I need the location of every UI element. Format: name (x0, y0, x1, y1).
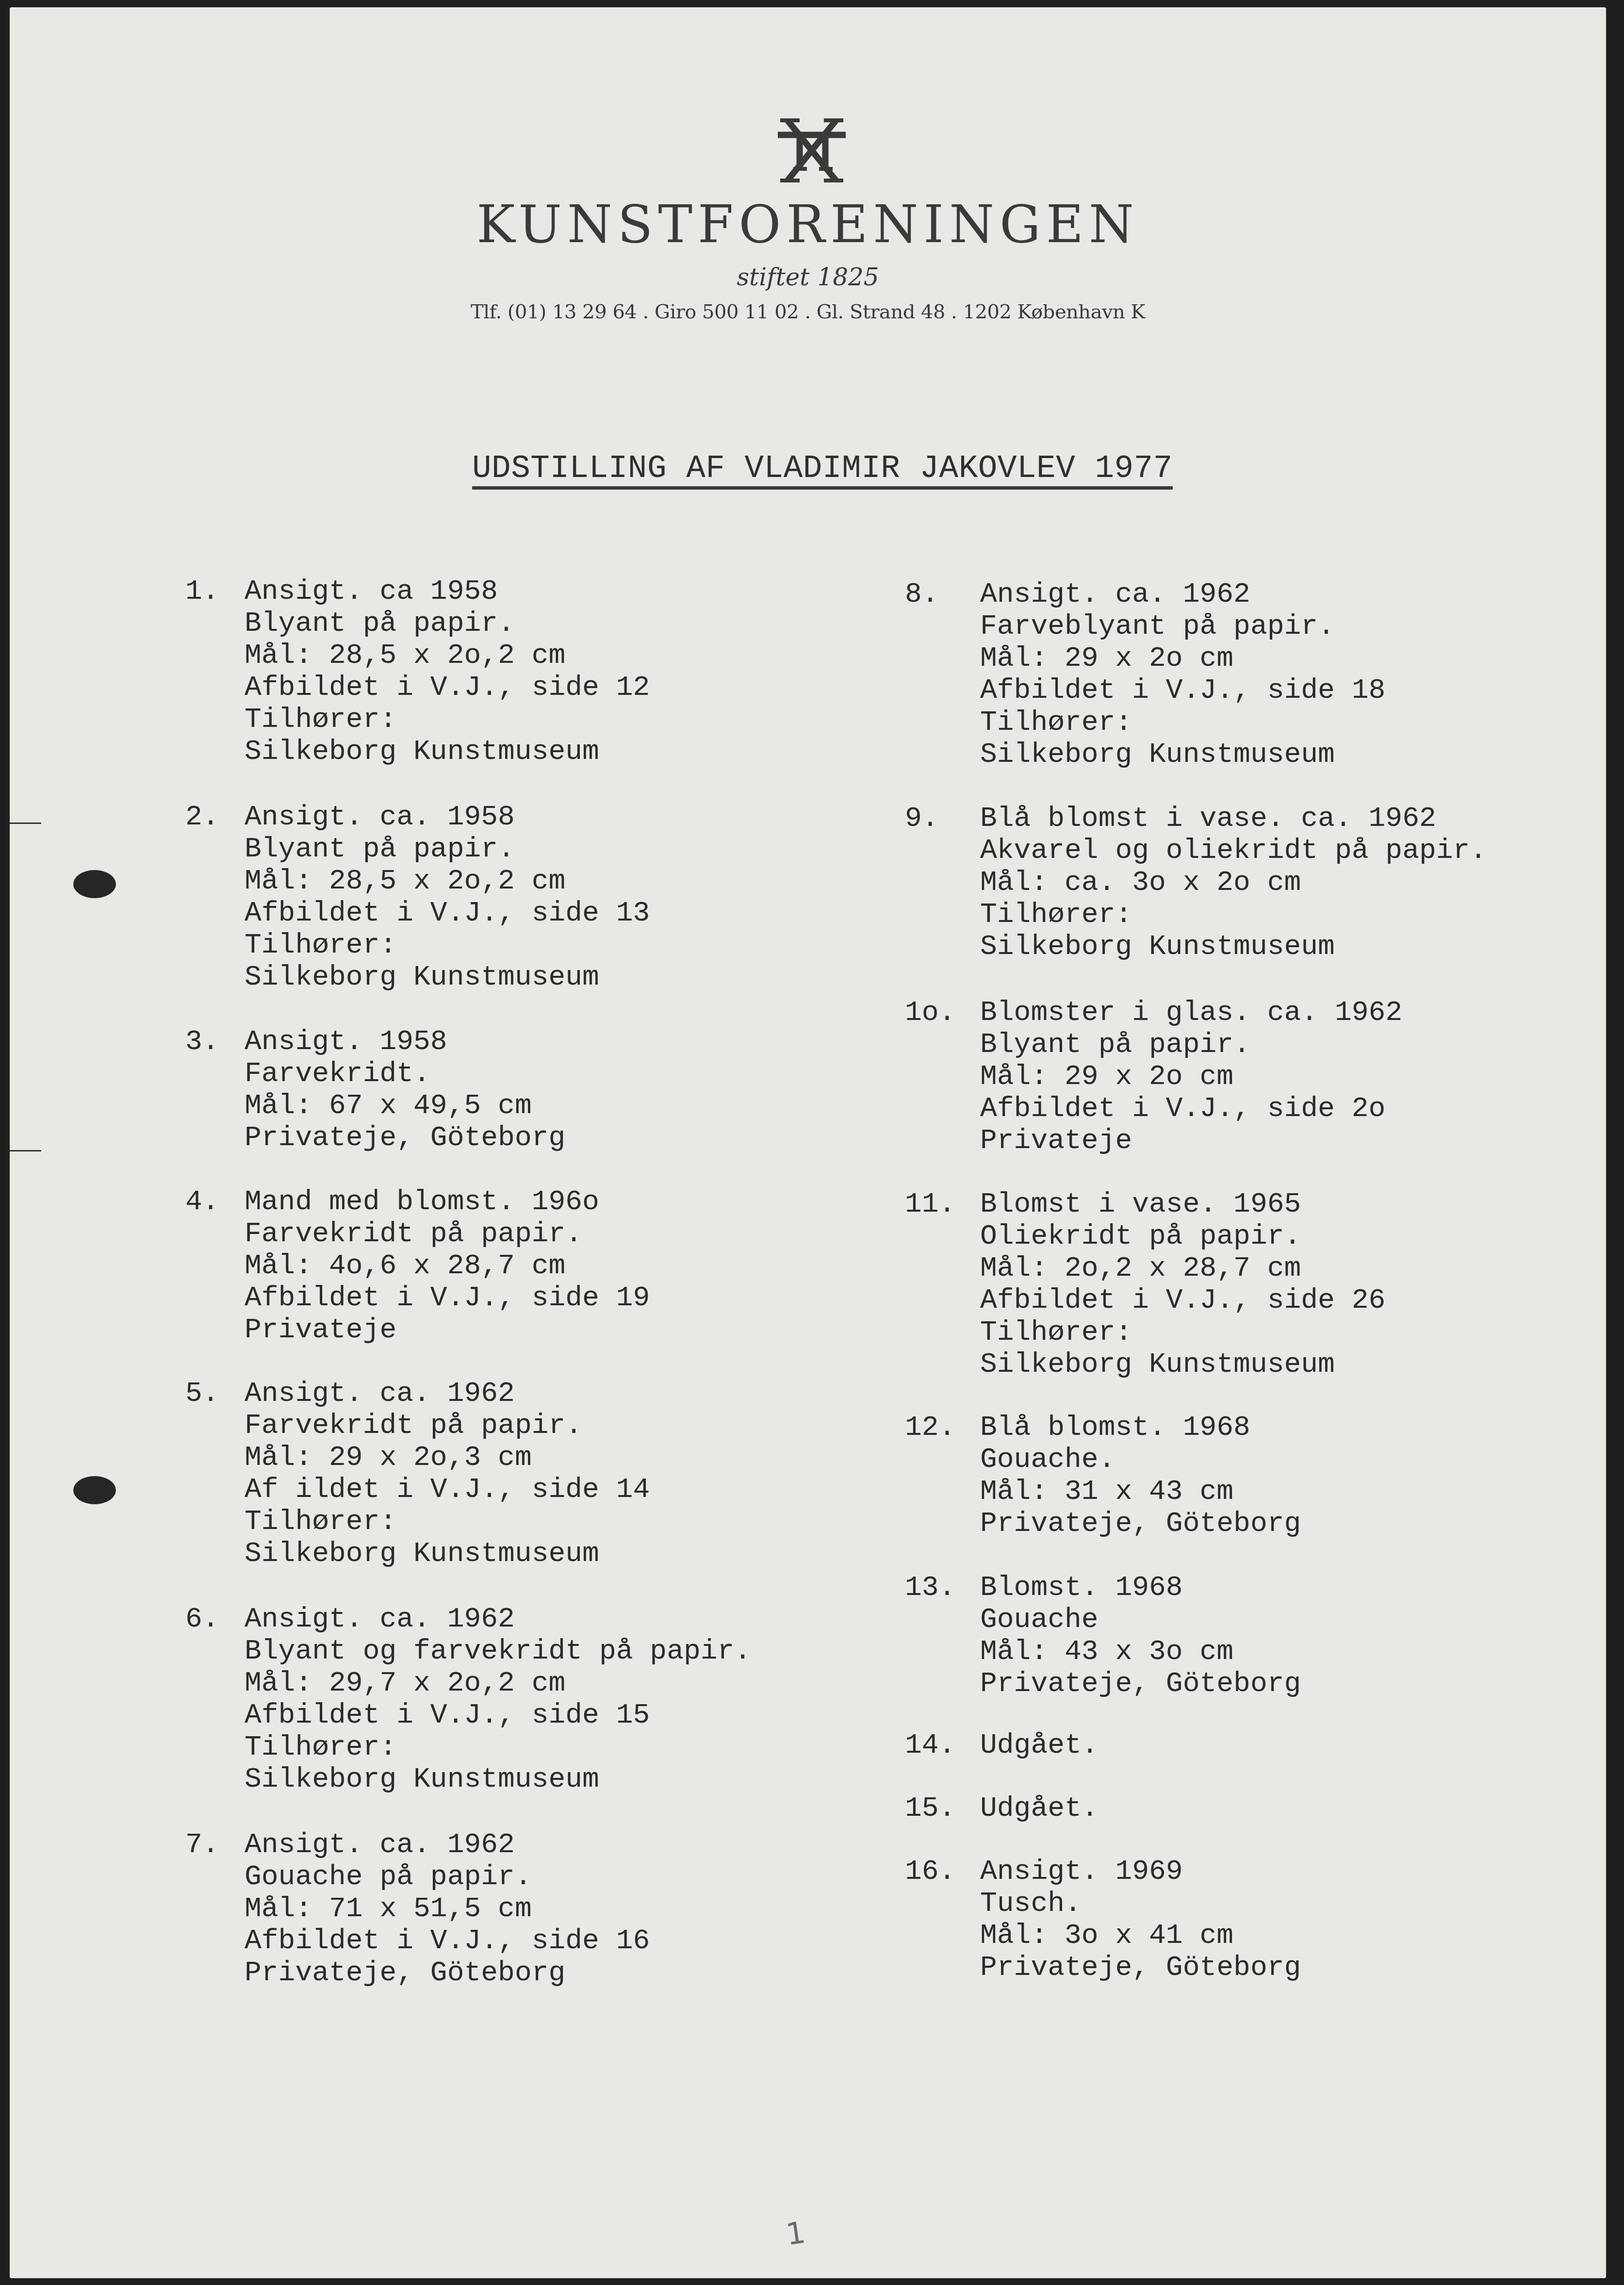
item-detail-line: Mål: 29,7 x 2o,2 cm (245, 1668, 751, 1700)
item-detail-line: Gouache (980, 1604, 1301, 1636)
item-detail-line: Mål: 3o x 41 cm (980, 1920, 1301, 1952)
item-detail-line: Privateje, Göteborg (980, 1952, 1301, 1984)
item-detail-line: Gouache. (980, 1444, 1301, 1476)
item-detail-line: Ansigt. ca. 1962 (245, 1829, 650, 1861)
item-detail-line: Afbildet i V.J., side 13 (245, 898, 650, 930)
item-detail-line: Tilhører: (245, 1732, 751, 1764)
item-detail-line: Blyant på papir. (245, 834, 650, 866)
item-detail-line: Mål: 28,5 x 2o,2 cm (245, 640, 650, 672)
fold-mark (10, 1150, 41, 1151)
item-detail-line: Silkeborg Kunstmuseum (980, 739, 1385, 771)
item-detail-line: Af ildet i V.J., side 14 (245, 1474, 650, 1506)
item-detail-line: Silkeborg Kunstmuseum (245, 962, 650, 994)
handwritten-page-mark: 1 (784, 2215, 807, 2252)
item-detail-line: Mål: ca. 3o x 2o cm (980, 867, 1487, 899)
item-number: 1o. (905, 997, 955, 1029)
item-detail-line: Blå blomst. 1968 (980, 1412, 1301, 1444)
item-detail-line: Ansigt. ca. 1958 (245, 802, 650, 834)
item-detail-line: Blå blomst i vase. ca. 1962 (980, 803, 1487, 835)
item-detail-line: Farvekridt. (245, 1058, 565, 1090)
item-detail-line: Blyant på papir. (980, 1029, 1402, 1061)
item-detail-line: Blomst i vase. 1965 (980, 1189, 1385, 1221)
item-details: Mand med blomst. 196oFarvekridt på papir… (245, 1186, 650, 1347)
item-details: Udgået. (980, 1730, 1099, 1762)
item-detail-line: Blomster i glas. ca. 1962 (980, 997, 1402, 1029)
item-number: 5. (185, 1378, 219, 1410)
item-number: 9. (905, 803, 939, 835)
item-detail-line: Privateje, Göteborg (245, 1957, 650, 1989)
item-detail-line: Privateje (980, 1125, 1402, 1157)
item-detail-line: Ansigt. ca. 1962 (245, 1378, 650, 1410)
item-detail-line: Ansigt. 1969 (980, 1856, 1301, 1888)
item-detail-line: Afbildet i V.J., side 15 (245, 1700, 751, 1732)
item-detail-line: Mål: 2o,2 x 28,7 cm (980, 1253, 1385, 1285)
item-detail-line: Tilhører: (245, 1506, 650, 1538)
item-detail-line: Afbildet i V.J., side 2o (980, 1093, 1402, 1125)
item-details: Blå blomst i vase. ca. 1962Akvarel og ol… (980, 803, 1487, 963)
item-detail-line: Silkeborg Kunstmuseum (980, 931, 1487, 963)
item-details: Ansigt. 1958Farvekridt.Mål: 67 x 49,5 cm… (245, 1026, 565, 1154)
item-number: 2. (185, 802, 219, 834)
item-number: 7. (185, 1829, 219, 1861)
item-detail-line: Farvekridt på papir. (245, 1410, 650, 1442)
organization-founded: stiftet 1825 (10, 263, 1606, 291)
item-detail-line: Silkeborg Kunstmuseum (245, 736, 650, 768)
item-detail-line: Tilhører: (980, 1317, 1385, 1349)
item-number: 13. (905, 1572, 955, 1604)
item-detail-line: Silkeborg Kunstmuseum (980, 1349, 1385, 1381)
organization-address: Tlf. (01) 13 29 64 . Giro 500 11 02 . Gl… (10, 301, 1606, 323)
item-detail-line: Farveblyant på papir. (980, 611, 1385, 643)
document-title: UDSTILLING AF VLADIMIR JAKOVLEV 1977 (472, 452, 1173, 490)
item-detail-line: Tusch. (980, 1888, 1301, 1920)
item-details: Ansigt. ca. 1962Farvekridt på papir.Mål:… (245, 1378, 650, 1570)
item-number: 11. (905, 1189, 955, 1221)
item-detail-line: Mål: 29 x 2o cm (980, 1061, 1402, 1093)
item-detail-line: Privateje, Göteborg (980, 1508, 1301, 1540)
item-detail-line: Ansigt. ca 1958 (245, 576, 650, 608)
item-detail-line: Udgået. (980, 1730, 1099, 1762)
item-number: 8. (905, 579, 939, 611)
item-detail-line: Afbildet i V.J., side 19 (245, 1282, 650, 1315)
item-number: 3. (185, 1026, 219, 1058)
item-detail-line: Akvarel og oliekridt på papir. (980, 835, 1487, 867)
item-detail-line: Tilhører: (980, 899, 1487, 931)
item-detail-line: Silkeborg Kunstmuseum (245, 1538, 650, 1570)
item-detail-line: Afbildet i V.J., side 16 (245, 1925, 650, 1957)
item-number: 6. (185, 1604, 219, 1636)
item-number: 16. (905, 1856, 955, 1888)
item-detail-line: Privateje, Göteborg (980, 1668, 1301, 1700)
item-detail-line: Ansigt. 1958 (245, 1026, 565, 1058)
item-details: Ansigt. ca. 1958Blyant på papir.Mål: 28,… (245, 802, 650, 994)
item-details: Blomster i glas. ca. 1962Blyant på papir… (980, 997, 1402, 1157)
item-detail-line: Mål: 29 x 2o,3 cm (245, 1442, 650, 1474)
item-number: 14. (905, 1730, 955, 1762)
item-number: 1. (185, 576, 219, 608)
item-detail-line: Mål: 4o,6 x 28,7 cm (245, 1250, 650, 1282)
item-detail-line: Blyant og farvekridt på papir. (245, 1636, 751, 1668)
item-details: Ansigt. ca. 1962Farveblyant på papir.Mål… (980, 579, 1385, 771)
item-detail-line: Ansigt. ca. 1962 (245, 1604, 751, 1636)
item-detail-line: Udgået. (980, 1793, 1099, 1825)
item-detail-line: Mål: 31 x 43 cm (980, 1476, 1301, 1508)
item-detail-line: Afbildet i V.J., side 12 (245, 672, 650, 704)
punch-hole (73, 1476, 116, 1504)
item-detail-line: Mand med blomst. 196o (245, 1186, 650, 1218)
item-detail-line: Mål: 29 x 2o cm (980, 643, 1385, 675)
item-detail-line: Mål: 28,5 x 2o,2 cm (245, 866, 650, 898)
item-number: 4. (185, 1186, 219, 1218)
item-number: 12. (905, 1412, 955, 1444)
document-page: KUNSTFORENINGEN stiftet 1825 Tlf. (01) 1… (10, 7, 1606, 2278)
fold-mark (10, 822, 41, 824)
item-detail-line: Afbildet i V.J., side 26 (980, 1285, 1385, 1317)
item-details: Ansigt. 1969Tusch.Mål: 3o x 41 cmPrivate… (980, 1856, 1301, 1984)
item-detail-line: Mål: 43 x 3o cm (980, 1636, 1301, 1668)
item-details: Blomst. 1968GouacheMål: 43 x 3o cmPrivat… (980, 1572, 1301, 1700)
item-number: 15. (905, 1793, 955, 1825)
item-detail-line: Farvekridt på papir. (245, 1218, 650, 1250)
item-details: Udgået. (980, 1793, 1099, 1825)
item-detail-line: Tilhører: (245, 704, 650, 736)
item-detail-line: Mål: 71 x 51,5 cm (245, 1893, 650, 1925)
item-detail-line: Gouache på papir. (245, 1861, 650, 1893)
punch-hole (73, 870, 116, 898)
item-details: Blomst i vase. 1965Oliekridt på papir.Må… (980, 1189, 1385, 1381)
item-detail-line: Privateje, Göteborg (245, 1122, 565, 1154)
item-details: Ansigt. ca. 1962Gouache på papir.Mål: 71… (245, 1829, 650, 1989)
item-detail-line: Privateje (245, 1315, 650, 1347)
item-detail-line: Blyant på papir. (245, 608, 650, 640)
kf-monogram-icon (768, 116, 855, 184)
item-detail-line: Oliekridt på papir. (980, 1221, 1385, 1253)
item-detail-line: Tilhører: (245, 930, 650, 962)
item-details: Ansigt. ca. 1962Blyant og farvekridt på … (245, 1604, 751, 1796)
organization-name: KUNSTFORENINGEN (10, 199, 1606, 250)
item-detail-line: Mål: 67 x 49,5 cm (245, 1090, 565, 1122)
item-detail-line: Ansigt. ca. 1962 (980, 579, 1385, 611)
item-details: Ansigt. ca 1958Blyant på papir.Mål: 28,5… (245, 576, 650, 768)
item-detail-line: Blomst. 1968 (980, 1572, 1301, 1604)
item-detail-line: Tilhører: (980, 707, 1385, 739)
item-detail-line: Silkeborg Kunstmuseum (245, 1764, 751, 1796)
item-details: Blå blomst. 1968Gouache.Mål: 31 x 43 cmP… (980, 1412, 1301, 1540)
item-detail-line: Afbildet i V.J., side 18 (980, 675, 1385, 707)
